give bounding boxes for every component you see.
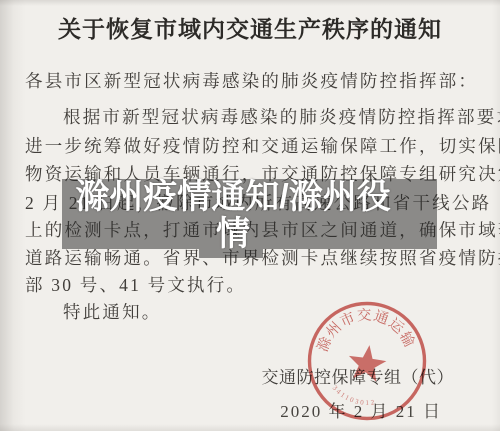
seal-code: 341103012: [331, 384, 377, 407]
body-line: 根据市新型冠状病毒感染的肺炎疫情防控指挥部要求，为: [25, 104, 500, 128]
star-icon: [346, 343, 388, 383]
official-seal: 滁州市交通运输局 341103012: [303, 297, 431, 427]
salutation-line: 各县市区新型冠状病毒感染的肺炎疫情防控指挥部：: [25, 68, 477, 92]
body-line: 部 30 号、41 号文执行。: [25, 272, 477, 296]
body-line: 进一步统筹做好疫情防控和交通运输保障工作，切实保障道路: [25, 133, 477, 157]
document-title: 关于恢复市域内交通生产秩序的通知: [0, 11, 500, 44]
watermark-overlay: [62, 179, 437, 249]
watermark-overlay-stub: [199, 249, 263, 258]
